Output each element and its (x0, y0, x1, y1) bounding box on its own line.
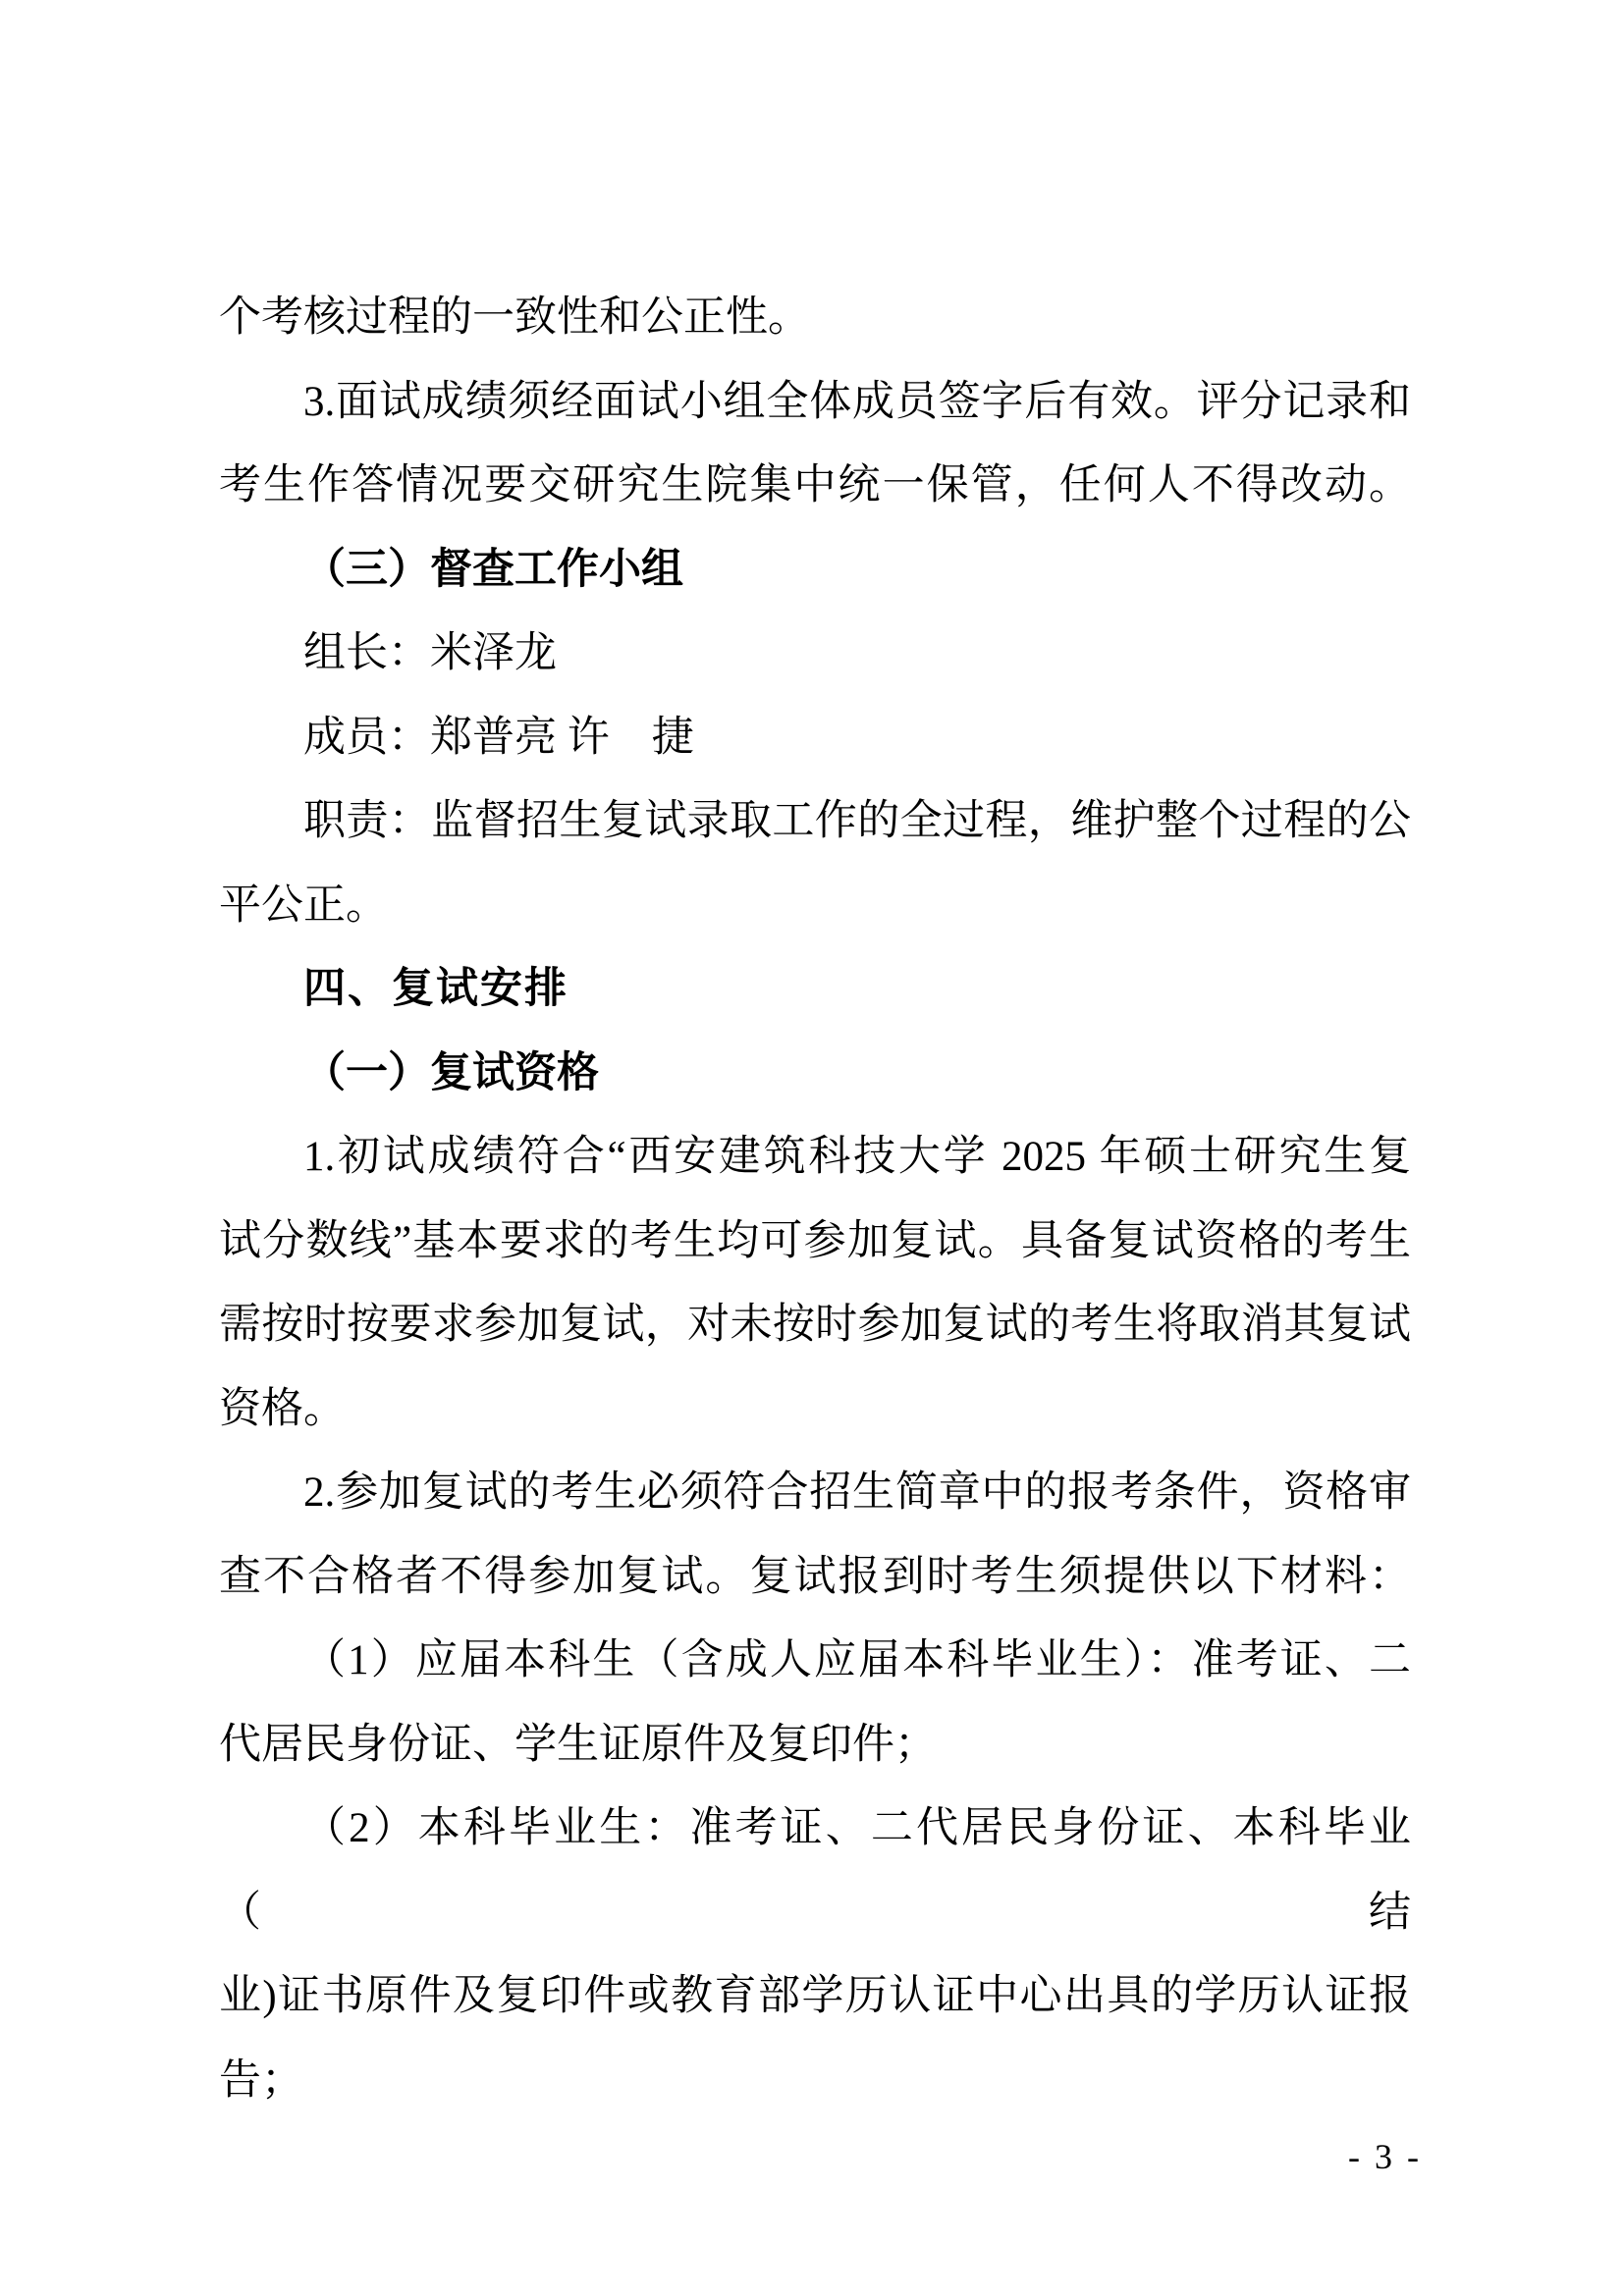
paragraph-line: 2.参加复试的考生必须符合招生简章中的报考条件，资格审 (219, 1451, 1411, 1535)
paragraph-line: 业)证书原件及复印件或教育部学历认证中心出具的学历认证报 (219, 1954, 1411, 2039)
paragraph-line-group-members: 成员：郑普亮 许 捷 (219, 696, 1411, 780)
subheading-interview-qualification: （一）复试资格 (219, 1032, 1411, 1116)
paragraph-line: 资格。 (219, 1367, 1411, 1452)
paragraph-line-group-duty: 职责：监督招生复试录取工作的全过程，维护整个过程的公 (219, 779, 1411, 864)
paragraph-line: 平公正。 (219, 864, 1411, 948)
paragraph-line-item-2: （2）本科毕业生：准考证、二代居民身份证、本科毕业（结 (219, 1787, 1411, 1954)
paragraph-line-item-1: （1）应届本科生（含成人应届本科毕业生）：准考证、二 (219, 1619, 1411, 1703)
paragraph-line-group-leader: 组长：米泽龙 (219, 612, 1411, 696)
heading-section-4-interview-arrangement: 四、复试安排 (219, 947, 1411, 1032)
paragraph-line: 个考核过程的一致性和公正性。 (219, 276, 1411, 360)
document-text-block: 个考核过程的一致性和公正性。 3.面试成绩须经面试小组全体成员签字后有效。评分记… (219, 276, 1411, 2122)
paragraph-line: 告； (219, 2039, 1411, 2123)
paragraph-line: 需按时按要求参加复试，对未按时参加复试的考生将取消其复试 (219, 1283, 1411, 1367)
document-page: 个考核过程的一致性和公正性。 3.面试成绩须经面试小组全体成员签字后有效。评分记… (0, 0, 1624, 2296)
paragraph-line: 1.初试成绩符合“西安建筑科技大学 2025 年硕士研究生复 (219, 1115, 1411, 1200)
paragraph-line: 考生作答情况要交研究生院集中统一保管，任何人不得改动。 (219, 444, 1411, 528)
subheading-supervision-group: （三）督查工作小组 (219, 528, 1411, 613)
paragraph-line: 3.面试成绩须经面试小组全体成员签字后有效。评分记录和 (219, 360, 1411, 445)
paragraph-line: 查不合格者不得参加复试。复试报到时考生须提供以下材料： (219, 1535, 1411, 1620)
paragraph-line: 代居民身份证、学生证原件及复印件； (219, 1703, 1411, 1788)
page-number: - 3 - (1348, 2136, 1422, 2177)
paragraph-line: 试分数线”基本要求的考生均可参加复试。具备复试资格的考生 (219, 1200, 1411, 1284)
